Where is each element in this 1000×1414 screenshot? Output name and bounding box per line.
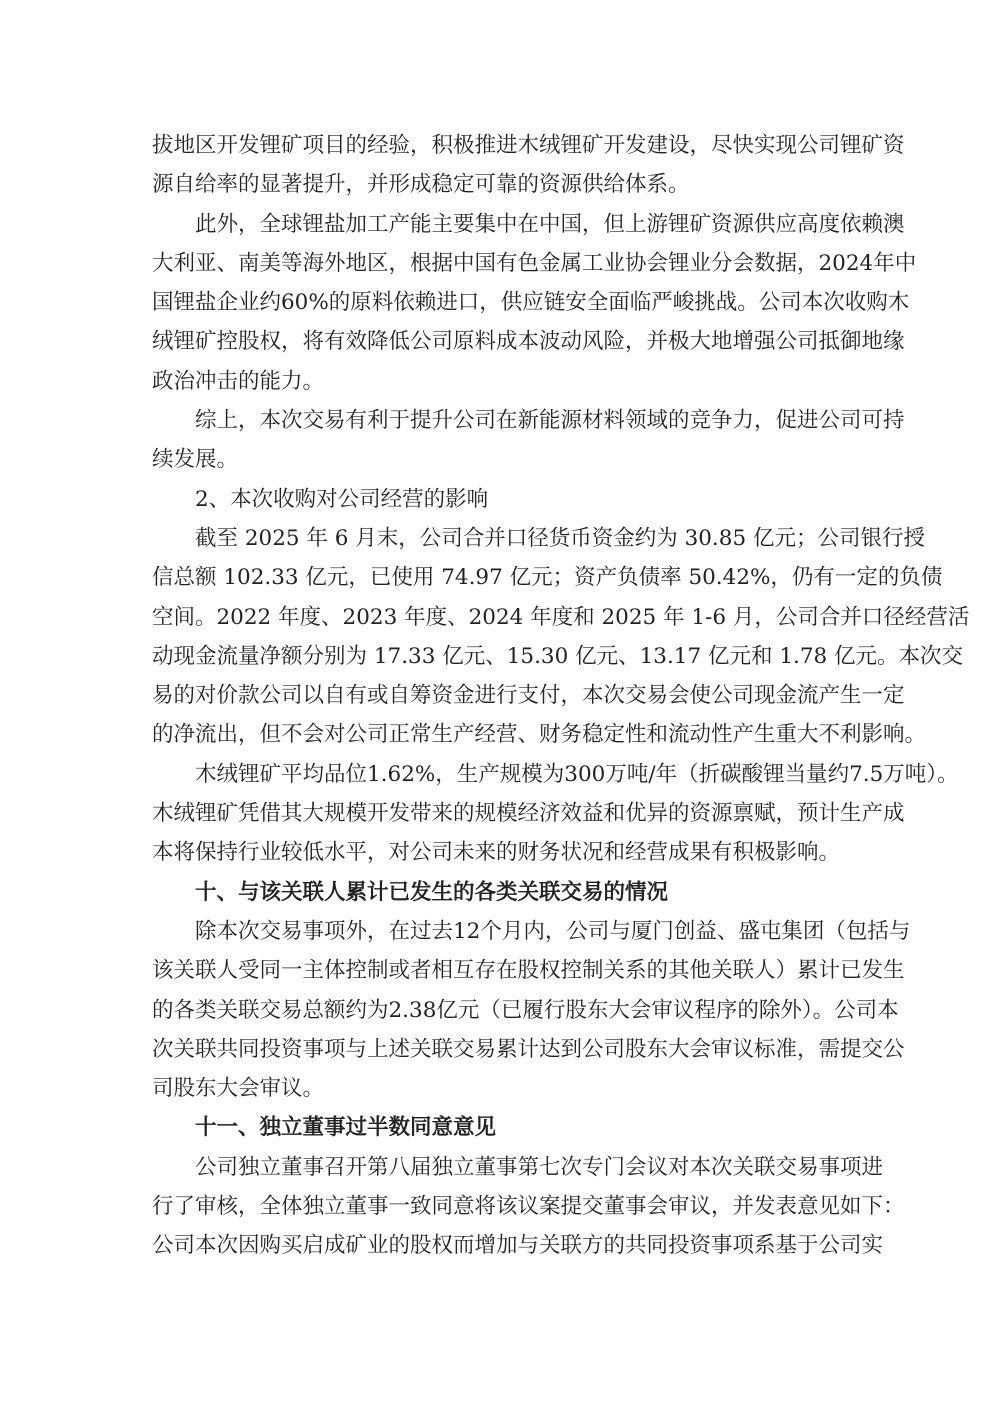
- paragraph-financials: 截至 2025 年 6 月末，公司合并口径货币资金约为 30.85 亿元；公司银…: [152, 519, 849, 755]
- text-line: 除本次交易事项外，在过去12个月内，公司与厦门创益、盛屯集团（包括与: [152, 912, 849, 951]
- text-line: 该关联人受同一主体控制或者相互存在股权控制关系的其他关联人）累计已发生: [152, 951, 849, 990]
- section-heading-related-transactions: 十、与该关联人累计已发生的各类关联交易的情况: [152, 873, 849, 912]
- text-line: 木绒锂矿凭借其大规模开发带来的规模经济效益和优异的资源禀赋，预计生产成: [152, 794, 849, 833]
- text-line: 行了审核，全体独立董事一致同意将该议案提交董事会审议，并发表意见如下：: [152, 1187, 849, 1226]
- subheading-text: 2、本次收购对公司经营的影响: [152, 480, 849, 519]
- paragraph-related-transactions: 除本次交易事项外，在过去12个月内，公司与厦门创益、盛屯集团（包括与 该关联人受…: [152, 912, 849, 1108]
- document-page: 拔地区开发锂矿项目的经验，积极推进木绒锂矿开发建设，尽快实现公司锂矿资 源自给率…: [152, 126, 849, 1266]
- text-line: 绒锂矿控股权，将有效降低公司原料成本波动风险，并极大地增强公司抵御地缘: [152, 322, 849, 361]
- paragraph-lithium-development: 拔地区开发锂矿项目的经验，积极推进木绒锂矿开发建设，尽快实现公司锂矿资 源自给率…: [152, 126, 849, 205]
- heading-text: 十一、独立董事过半数同意意见: [152, 1108, 849, 1147]
- text-line: 续发展。: [152, 440, 849, 479]
- text-line: 司股东大会审议。: [152, 1069, 849, 1108]
- text-line: 政治冲击的能力。: [152, 362, 849, 401]
- text-line: 空间。2022 年度、2023 年度、2024 年度和 2025 年 1-6 月…: [152, 598, 849, 637]
- text-line: 本将保持行业较低水平，对公司未来的财务状况和经营成果有积极影响。: [152, 833, 849, 872]
- text-line: 此外，全球锂盐加工产能主要集中在中国，但上游锂矿资源供应高度依赖澳: [152, 205, 849, 244]
- text-line: 信总额 102.33 亿元，已使用 74.97 亿元；资产负债率 50.42%，…: [152, 558, 849, 597]
- text-line: 综上，本次交易有利于提升公司在新能源材料领域的竞争力，促进公司可持: [152, 401, 849, 440]
- text-line: 易的对价款公司以自有或自筹资金进行支付，本次交易会使公司现金流产生一定: [152, 676, 849, 715]
- text-line: 动现金流量净额分别为 17.33 亿元、15.30 亿元、13.17 亿元和 1…: [152, 637, 849, 676]
- paragraph-independent-directors: 公司独立董事召开第八届独立董事第七次专门会议对本次关联交易事项进 行了审核，全体…: [152, 1148, 849, 1266]
- text-line: 的净流出，但不会对公司正常生产经营、财务稳定性和流动性产生重大不利影响。: [152, 715, 849, 754]
- text-line: 拔地区开发锂矿项目的经验，积极推进木绒锂矿开发建设，尽快实现公司锂矿资: [152, 126, 849, 165]
- text-line: 公司本次因购买启成矿业的股权而增加与关联方的共同投资事项系基于公司实: [152, 1226, 849, 1265]
- paragraph-supply-chain: 此外，全球锂盐加工产能主要集中在中国，但上游锂矿资源供应高度依赖澳 大利亚、南美…: [152, 205, 849, 401]
- paragraph-conclusion: 综上，本次交易有利于提升公司在新能源材料领域的竞争力，促进公司可持 续发展。: [152, 401, 849, 480]
- text-line: 源自给率的显著提升，并形成稳定可靠的资源供给体系。: [152, 165, 849, 204]
- text-line: 木绒锂矿平均品位1.62%，生产规模为300万吨/年（折碳酸锂当量约7.5万吨）…: [152, 755, 849, 794]
- paragraph-murong-mine: 木绒锂矿平均品位1.62%，生产规模为300万吨/年（折碳酸锂当量约7.5万吨）…: [152, 755, 849, 873]
- text-line: 国锂盐企业约60%的原料依赖进口，供应链安全面临严峻挑战。公司本次收购木: [152, 283, 849, 322]
- section-heading-independent-directors: 十一、独立董事过半数同意意见: [152, 1108, 849, 1147]
- heading-text: 十、与该关联人累计已发生的各类关联交易的情况: [152, 873, 849, 912]
- text-line: 大利亚、南美等海外地区，根据中国有色金属工业协会锂业分会数据，2024年中: [152, 244, 849, 283]
- text-line: 次关联共同投资事项与上述关联交易累计达到公司股东大会审议标准，需提交公: [152, 1030, 849, 1069]
- text-line: 公司独立董事召开第八届独立董事第七次专门会议对本次关联交易事项进: [152, 1148, 849, 1187]
- subheading-acquisition-impact: 2、本次收购对公司经营的影响: [152, 480, 849, 519]
- text-line: 截至 2025 年 6 月末，公司合并口径货币资金约为 30.85 亿元；公司银…: [152, 519, 849, 558]
- text-line: 的各类关联交易总额约为2.38亿元（已履行股东大会审议程序的除外）。公司本: [152, 991, 849, 1030]
